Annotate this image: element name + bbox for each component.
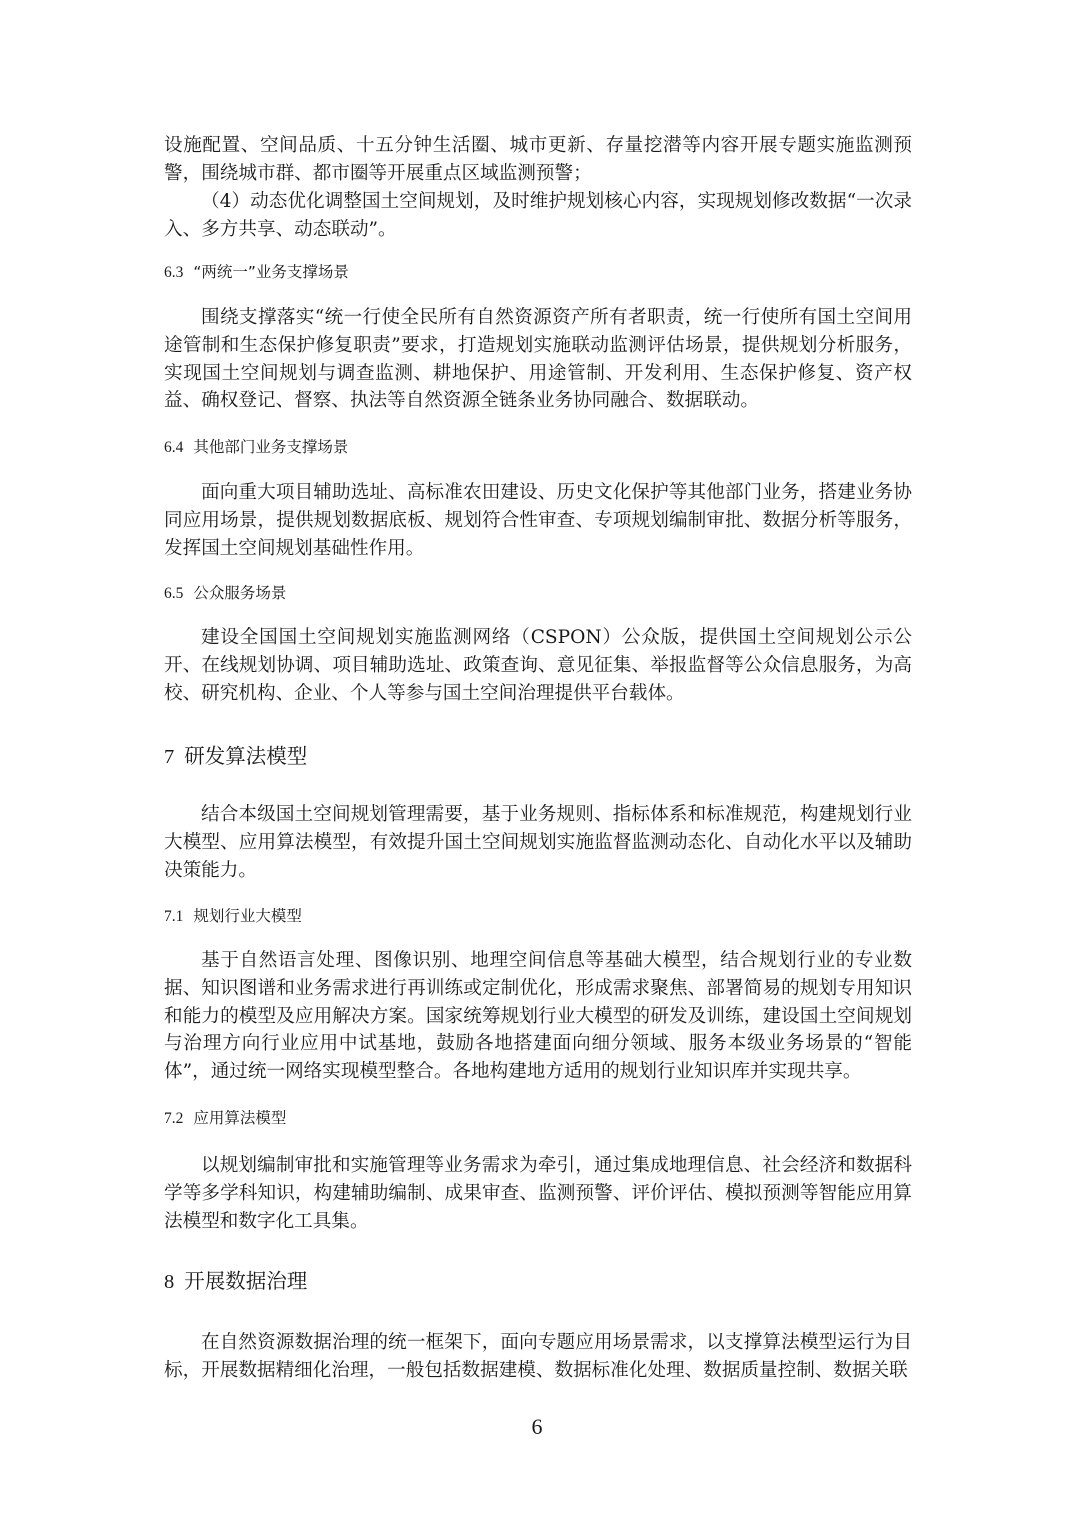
section-7-1-body: 基于自然语言处理、图像识别、地理空间信息等基础大模型，结合规划行业的专业数据、知…: [164, 947, 912, 1086]
section-heading-6-3: 6.3“两统一”业务支撑场景: [164, 261, 912, 284]
chapter-title: 开展数据治理: [184, 1269, 307, 1293]
section-number: 6.4: [164, 439, 183, 456]
chapter-7-body: 结合本级国土空间规划管理需要，基于业务规则、指标体系和标准规范，构建规划行业大模…: [164, 801, 912, 884]
section-heading-7-1: 7.1规划行业大模型: [164, 905, 912, 928]
chapter-number: 7: [164, 746, 174, 768]
chapter-heading-7: 7研发算法模型: [164, 742, 912, 771]
section-heading-7-2: 7.2应用算法模型: [164, 1107, 912, 1130]
section-title: 应用算法模型: [193, 1109, 286, 1127]
document-page: 设施配置、空间品质、十五分钟生活圈、城市更新、存量挖潜等内容开展专题实施监测预警…: [0, 0, 1074, 1520]
section-6-5-body: 建设全国国土空间规划实施监测网络（CSPON）公众版，提供国土空间规划公示公开、…: [164, 624, 912, 707]
section-title: 公众服务场景: [193, 584, 286, 602]
page-number: 6: [0, 1412, 1074, 1442]
section-number: 7.2: [164, 1110, 183, 1127]
chapter-heading-8: 8开展数据治理: [164, 1267, 912, 1296]
section-number: 6.3: [164, 264, 183, 281]
section-6-3-body: 围绕支撑落实“统一行使全民所有自然资源资产所有者职责，统一行使所有国土空间用途管…: [164, 304, 912, 415]
section-heading-6-5: 6.5公众服务场景: [164, 582, 912, 605]
section-heading-6-4: 6.4其他部门业务支撑场景: [164, 436, 912, 459]
section-title: 规划行业大模型: [193, 907, 302, 925]
section-number: 7.1: [164, 908, 183, 925]
continuation-paragraph: 设施配置、空间品质、十五分钟生活圈、城市更新、存量挖潜等内容开展专题实施监测预警…: [164, 132, 912, 188]
section-number: 6.5: [164, 585, 183, 602]
chapter-number: 8: [164, 1271, 174, 1293]
section-title: “两统一”业务支撑场景: [193, 263, 349, 281]
list-item-4: （4）动态优化调整国土空间规划，及时维护规划核心内容，实现规划修改数据“一次录入…: [164, 188, 912, 244]
section-7-2-body: 以规划编制审批和实施管理等业务需求为牵引，通过集成地理信息、社会经济和数据科学等…: [164, 1152, 912, 1235]
section-title: 其他部门业务支撑场景: [193, 438, 348, 456]
section-6-4-body: 面向重大项目辅助选址、高标准农田建设、历史文化保护等其他部门业务，搭建业务协同应…: [164, 479, 912, 562]
chapter-title: 研发算法模型: [184, 744, 307, 768]
chapter-8-body: 在自然资源数据治理的统一框架下，面向专题应用场景需求，以支撑算法模型运行为目标，…: [164, 1329, 912, 1385]
